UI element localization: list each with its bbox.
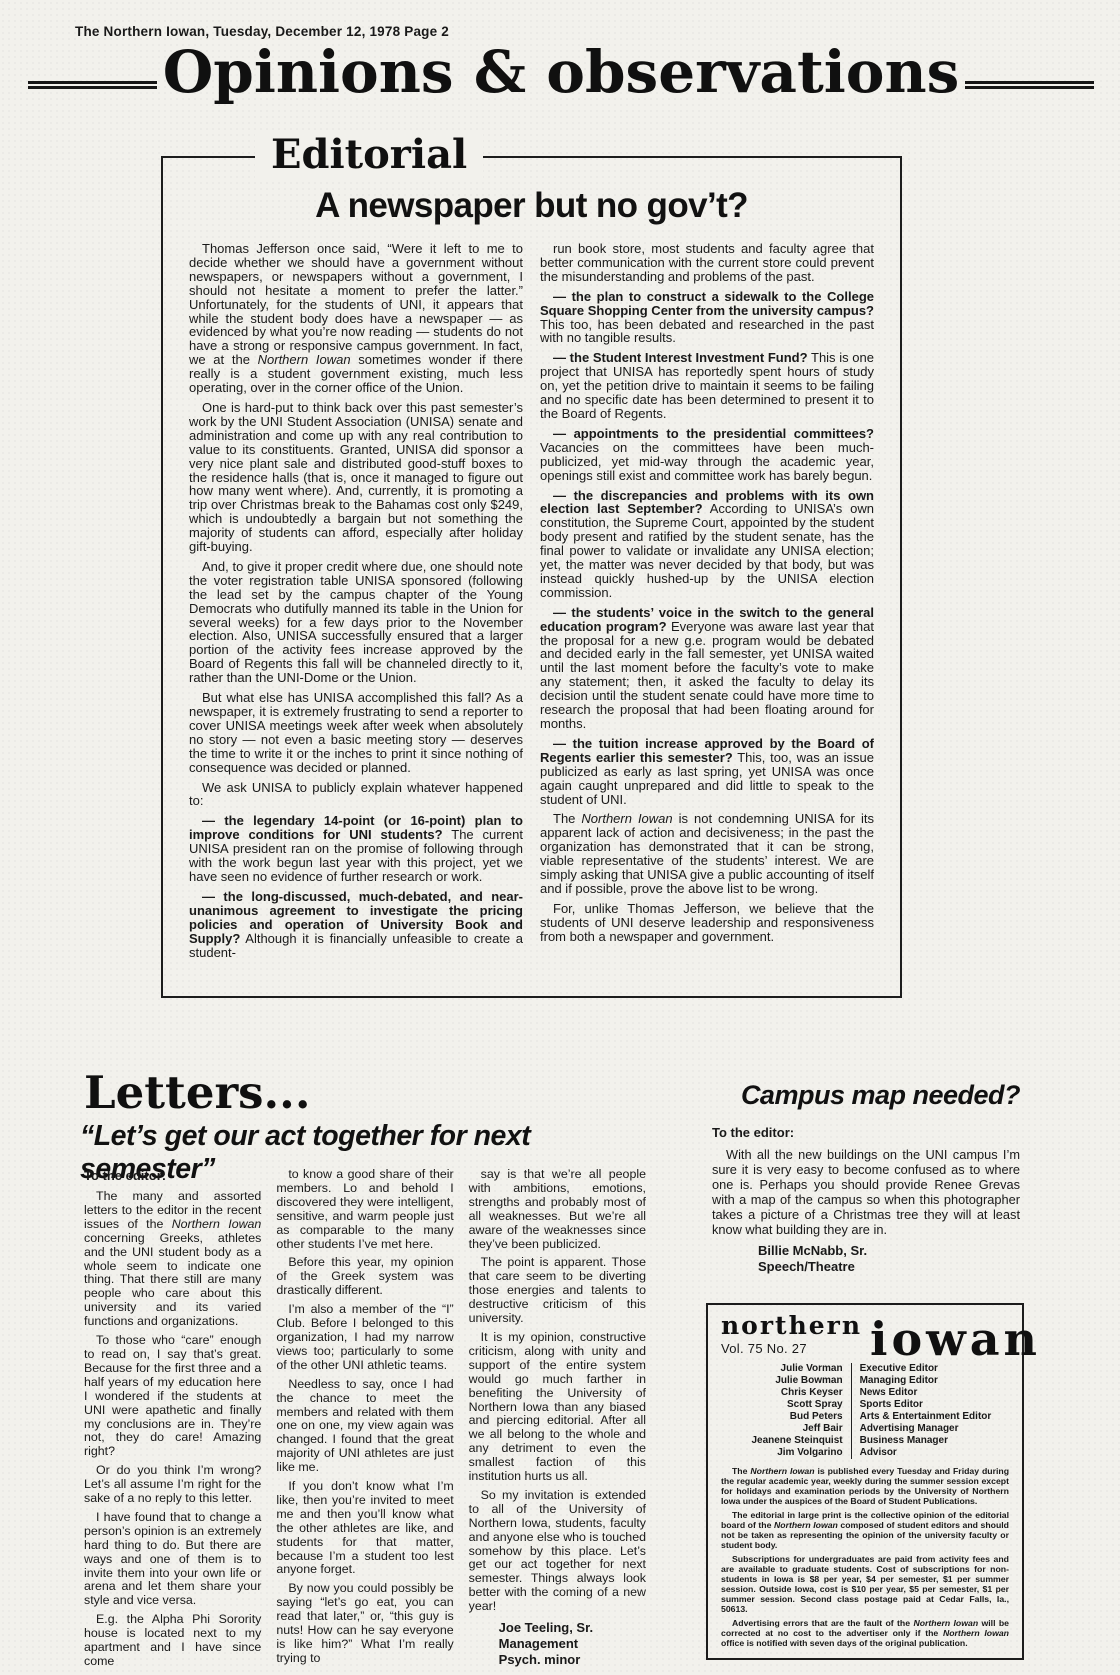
staff-title: Managing Editor [851,1375,1009,1387]
letter1-body: To the editor: The many and assorted let… [84,1168,646,1675]
staff-row: Jeff BairAdvertising Manager [721,1423,1009,1435]
staff-row: Jeanene SteinquistBusiness Manager [721,1435,1009,1447]
paragraph: With all the new buildings on the UNI ca… [712,1147,1020,1237]
paragraph: The Northern Iowan is not condemning UNI… [540,812,874,895]
editorial-label: Editorial [255,131,483,178]
letter2-salutation: To the editor: [712,1125,1020,1140]
masthead-logo: northern Vol. 75 No. 27 iowan [721,1313,1009,1356]
staff-title: Advisor [851,1447,1009,1459]
paragraph: Subscriptions for undergraduates are pai… [721,1554,1009,1614]
staff-row: Chris KeyserNews Editor [721,1387,1009,1399]
letter1-column-3-paragraphs: say is that we’re all people with ambiti… [469,1168,646,1614]
paragraph: Thomas Jefferson once said, “Were it lef… [189,242,523,395]
paragraph: It is my opinion, constructive criticism… [469,1331,646,1484]
staff-row: Jim VolgarinoAdvisor [721,1447,1009,1459]
paragraph: I have found that to change a person’s o… [84,1511,261,1608]
dateline: The Northern Iowan, Tuesday, December 12… [75,24,449,39]
staff-name: Chris Keyser [721,1387,851,1399]
paragraph: The many and assorted letters to the edi… [84,1190,261,1329]
paragraph: We ask UNISA to publicly explain whateve… [189,781,523,809]
editorial-column-2: run book store, most students and facult… [540,242,874,965]
paragraph: — the students’ voice in the switch to t… [540,606,874,731]
paragraph: I’m also a member of the “I” Club. Befor… [276,1303,453,1373]
staff-name: Jeanene Steinquist [721,1435,851,1447]
paragraph: — appointments to the presidential commi… [540,427,874,483]
paragraph: One is hard-put to think back over this … [189,401,523,554]
signature-line: Billie McNabb, Sr. [758,1243,1020,1259]
staff-title: News Editor [851,1387,1009,1399]
staff-title: Business Manager [851,1435,1009,1447]
paragraph: The point is apparent. Those that care s… [469,1256,646,1326]
paragraph: Needless to say, once I had the chance t… [276,1378,453,1475]
paragraph: For, unlike Thomas Jefferson, we believe… [540,902,874,944]
staff-name: Bud Peters [721,1411,851,1423]
paragraph: And, to give it proper credit where due,… [189,560,523,685]
paragraph: — the discrepancies and problems with it… [540,489,874,600]
section-title: Opinions & observations [157,42,966,103]
paragraph: to know a good share of their members. L… [276,1168,453,1251]
staff-name: Jeff Bair [721,1423,851,1435]
paragraph: run book store, most students and facult… [540,242,874,284]
paragraph: If you don’t know what I’m like, then yo… [276,1480,453,1577]
paragraph: — the long-discussed, much-debated, and … [189,890,523,960]
letter1-column-3: say is that we’re all people with ambiti… [469,1168,646,1675]
editorial-box: Editorial A newspaper but no gov’t? Thom… [161,156,902,998]
paragraph: The Northern Iowan is published every Tu… [721,1466,1009,1506]
letter1-column-1-paragraphs: The many and assorted letters to the edi… [84,1190,261,1669]
masthead-fine-print: The Northern Iowan is published every Tu… [721,1466,1009,1648]
letter2-signature: Billie McNabb, Sr.Speech/Theatre [758,1243,1020,1275]
letter1-column-2: to know a good share of their members. L… [276,1168,453,1675]
letter2-paragraphs: With all the new buildings on the UNI ca… [712,1147,1020,1237]
staff-title: Executive Editor [851,1363,1009,1375]
staff-name: Julie Vorman [721,1363,851,1375]
masthead-rule-left [28,81,157,89]
newspaper-page: The Northern Iowan, Tuesday, December 12… [0,0,1120,1675]
signature-line: Management [499,1636,646,1652]
paragraph: The editorial in large print is the coll… [721,1510,1009,1550]
paragraph: To those who “care” enough to read on, I… [84,1334,261,1459]
staff-title: Sports Editor [851,1399,1009,1411]
letter1-salutation: To the editor: [84,1168,261,1183]
letter2-headline: Campus map needed? [712,1080,1020,1111]
editorial-body: Thomas Jefferson once said, “Were it lef… [163,226,900,965]
paragraph: Before this year, my opinion of the Gree… [276,1256,453,1298]
paragraph: — the tuition increase approved by the B… [540,737,874,807]
letter1-column-1: To the editor: The many and assorted let… [84,1168,261,1675]
staff-row: Bud PetersArts & Entertainment Editor [721,1411,1009,1423]
paragraph: — the Student Interest Investment Fund? … [540,351,874,421]
campus-map-letter: Campus map needed? To the editor: With a… [712,1080,1020,1275]
paragraph: So my invitation is extended to all of t… [469,1489,646,1614]
signature-line: Psych. minor [499,1652,646,1668]
masthead-box: northern Vol. 75 No. 27 iowan Julie Vorm… [706,1303,1024,1660]
staff-name: Scott Spray [721,1399,851,1411]
paragraph: Advertising errors that are the fault of… [721,1618,1009,1648]
editorial-headline: A newspaper but no gov’t? [163,186,900,226]
paragraph: — the plan to construct a sidewalk to th… [540,290,874,346]
paragraph: E.g. the Alpha Phi Sorority house is loc… [84,1613,261,1669]
paragraph: — the legendary 14-point (or 16-point) p… [189,814,523,884]
paragraph: Or do you think I’m wrong? Let’s all ass… [84,1464,261,1506]
staff-name: Julie Bowman [721,1375,851,1387]
signature-line: Speech/Theatre [758,1259,1020,1275]
letters-section-heading: Letters... [84,1066,311,1119]
masthead-staff-list: Julie VormanExecutive EditorJulie Bowman… [721,1363,1009,1459]
masthead-logo-left: northern Vol. 75 No. 27 [721,1313,862,1356]
staff-row: Julie BowmanManaging Editor [721,1375,1009,1387]
editorial-column-1: Thomas Jefferson once said, “Were it lef… [189,242,523,965]
masthead-name-iowan: iowan [870,1322,1041,1358]
letter1-signature: Joe Teeling, Sr.ManagementPsych. minor [499,1620,646,1668]
staff-title: Advertising Manager [851,1423,1009,1435]
paragraph: say is that we’re all people with ambiti… [469,1168,646,1251]
masthead-name-northern: northern [721,1313,862,1338]
masthead-volume: Vol. 75 No. 27 [721,1341,862,1356]
paragraph: But what else has UNISA accomplished thi… [189,691,523,774]
masthead-rule-right [965,81,1094,89]
staff-name: Jim Volgarino [721,1447,851,1459]
staff-row: Julie VormanExecutive Editor [721,1363,1009,1375]
signature-line: Joe Teeling, Sr. [499,1620,646,1636]
staff-row: Scott SpraySports Editor [721,1399,1009,1411]
staff-title: Arts & Entertainment Editor [851,1411,1009,1423]
section-masthead: Opinions & observations [28,42,1094,103]
paragraph: By now you could possibly be saying “let… [276,1582,453,1665]
